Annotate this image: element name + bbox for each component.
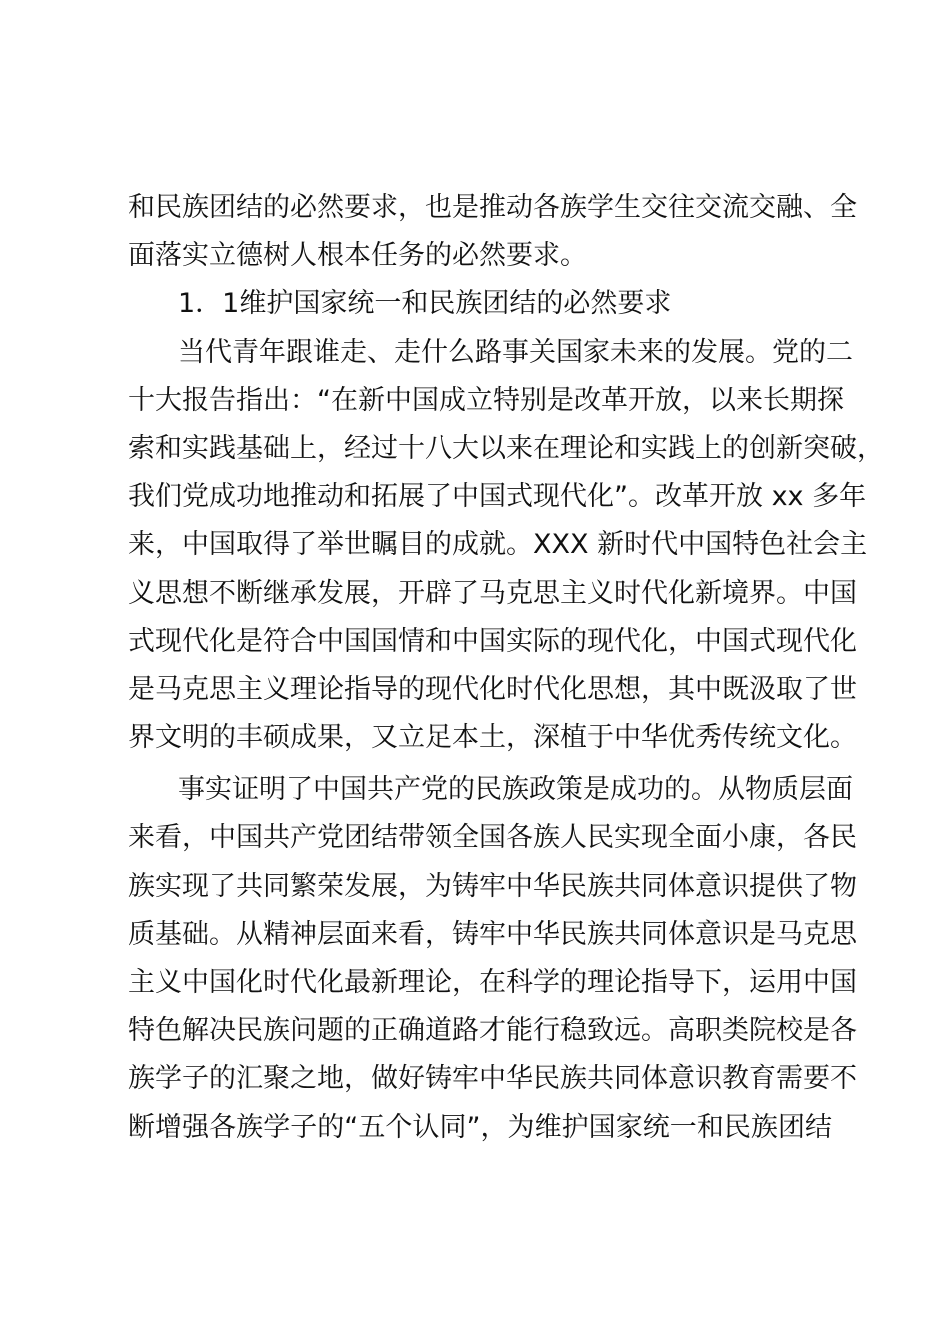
text-line: 义思想不断继承发展，开辟了马克思主义时代化新境界。中国 bbox=[128, 572, 832, 620]
text-line: 质基础。从精神层面来看，铸牢中华民族共同体意识是马克思 bbox=[128, 913, 832, 961]
text-line: 事实证明了中国共产党的民族政策是成功的。从物质层面 bbox=[128, 768, 832, 816]
text-line: 我们党成功地推动和拓展了中国式现代化”。改革开放 xx 多年 bbox=[128, 475, 832, 523]
text-line: 面落实立德树人根本任务的必然要求。 bbox=[128, 234, 832, 282]
text-line: 十大报告指出：“在新中国成立特别是改革开放，以来长期探 bbox=[128, 379, 832, 427]
text-line: 当代青年跟谁走、走什么路事关国家未来的发展。党的二 bbox=[128, 331, 832, 379]
paragraph: 事实证明了中国共产党的民族政策是成功的。从物质层面 来看，中国共产党团结带领全国… bbox=[128, 768, 832, 1154]
paragraph: 当代青年跟谁走、走什么路事关国家未来的发展。党的二 十大报告指出：“在新中国成立… bbox=[128, 331, 832, 765]
text-line: 式现代化是符合中国国情和中国实际的现代化，中国式现代化 bbox=[128, 620, 832, 668]
text-line: 来，中国取得了举世瞩目的成就。XXX 新时代中国特色社会主 bbox=[128, 523, 832, 571]
document-body: 和民族团结的必然要求，也是推动各族学生交往交流交融、全 面落实立德树人根本任务的… bbox=[128, 186, 832, 1154]
text-line: 是马克思主义理论指导的现代化时代化思想，其中既汲取了世 bbox=[128, 668, 832, 716]
text-line: 断增强各族学子的“五个认同”，为维护国家统一和民族团结 bbox=[128, 1106, 832, 1154]
section-heading: 1．1维护国家统一和民族团结的必然要求 bbox=[128, 282, 832, 330]
section-heading-text: 1．1维护国家统一和民族团结的必然要求 bbox=[128, 282, 832, 330]
paragraph-continuation: 和民族团结的必然要求，也是推动各族学生交往交流交融、全 面落实立德树人根本任务的… bbox=[128, 186, 832, 282]
text-line: 索和实践基础上，经过十八大以来在理论和实践上的创新突破， bbox=[128, 427, 832, 475]
document-page: 和民族团结的必然要求，也是推动各族学生交往交流交融、全 面落实立德树人根本任务的… bbox=[0, 0, 950, 1344]
text-line: 界文明的丰硕成果，又立足本土，深植于中华优秀传统文化。 bbox=[128, 716, 832, 764]
text-line: 族学子的汇聚之地，做好铸牢中华民族共同体意识教育需要不 bbox=[128, 1057, 832, 1105]
text-line: 来看，中国共产党团结带领全国各族人民实现全面小康，各民 bbox=[128, 816, 832, 864]
text-line: 族实现了共同繁荣发展，为铸牢中华民族共同体意识提供了物 bbox=[128, 865, 832, 913]
text-line: 和民族团结的必然要求，也是推动各族学生交往交流交融、全 bbox=[128, 186, 832, 234]
text-line: 主义中国化时代化最新理论，在科学的理论指导下，运用中国 bbox=[128, 961, 832, 1009]
text-line: 特色解决民族问题的正确道路才能行稳致远。高职类院校是各 bbox=[128, 1009, 832, 1057]
